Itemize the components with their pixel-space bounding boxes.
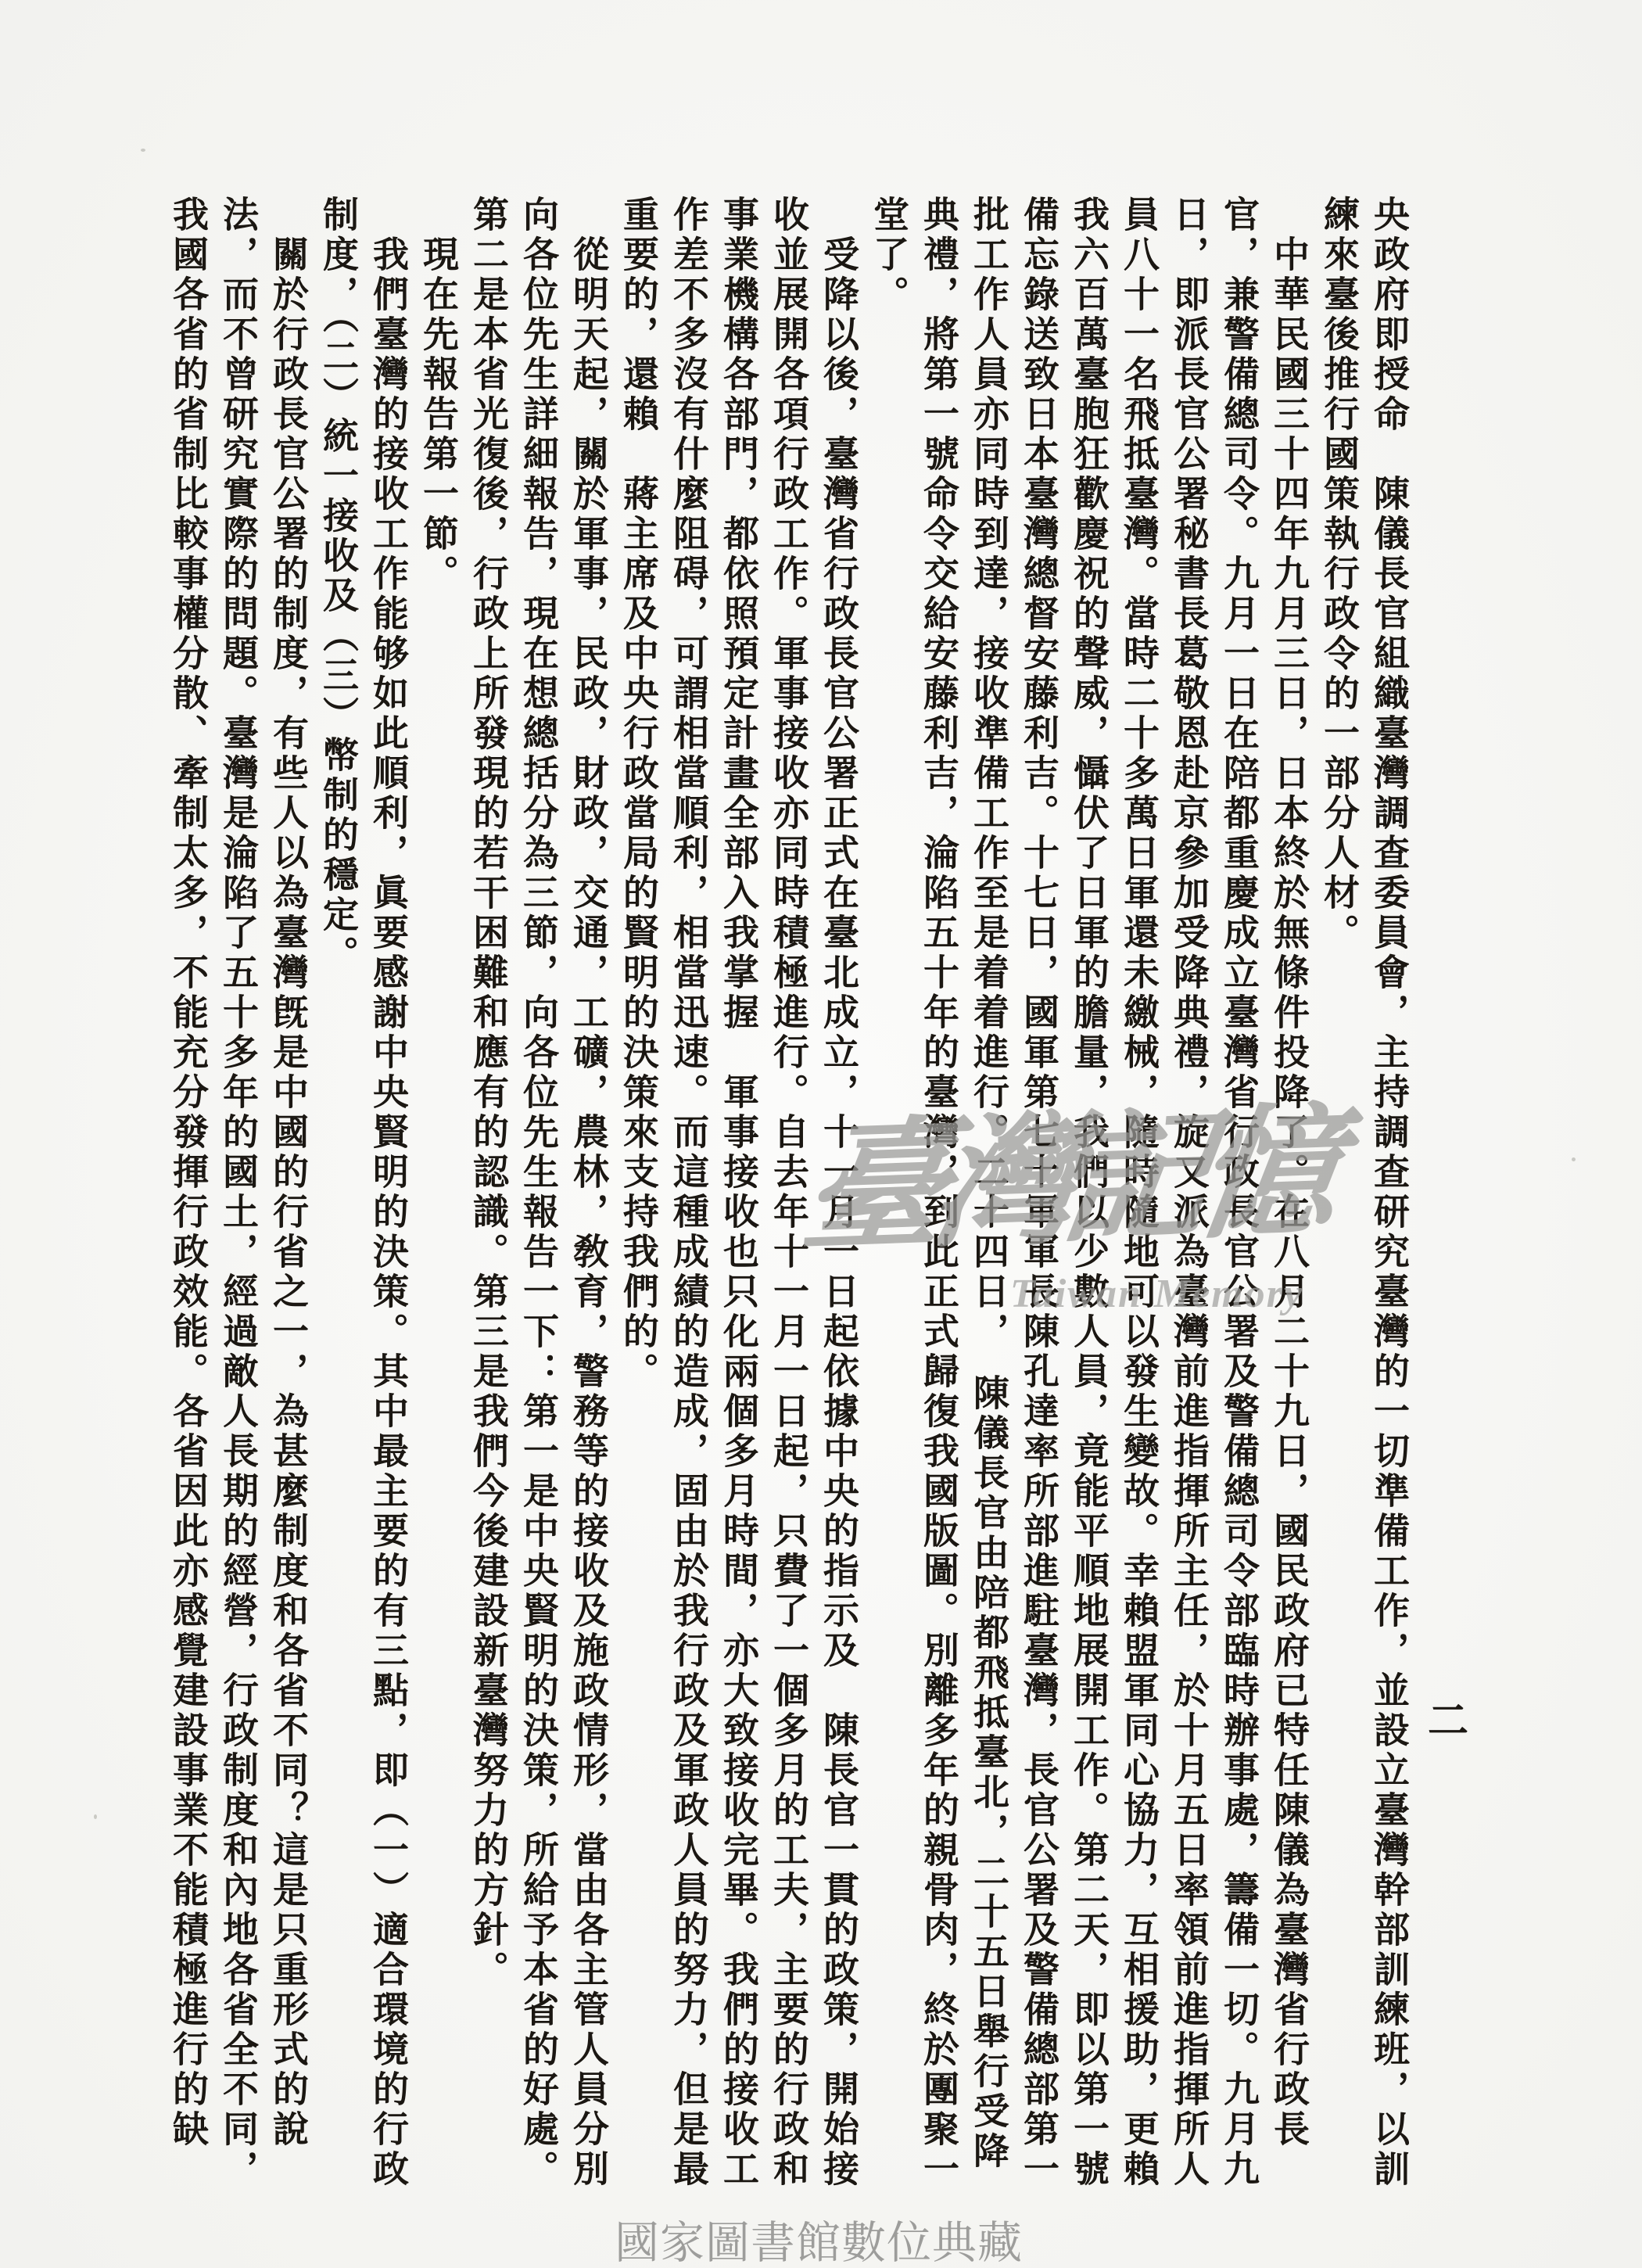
paragraph: 央政府即授命 陳儀長官組織臺灣調查委員會，主持調查研究臺灣的一切準備工作，並設立… [1314,196,1414,2199]
scanned-document-page: 央政府即授命 陳儀長官組織臺灣調查委員會，主持調查研究臺灣的一切準備工作，並設立… [0,0,1642,2268]
library-digital-archive-caption: 國家圖書館數位典藏 [615,2207,1023,2268]
paragraph: 中華民國三十四年九月三日，日本終於無條件投降了。在八月二十九日，國民政府已特任陳… [863,196,1314,2199]
scan-speck [94,1814,97,1819]
vertical-text-block: 央政府即授命 陳儀長官組織臺灣調查委員會，主持調查研究臺灣的一切準備工作，並設立… [160,196,1414,2199]
page-number: 二 [1428,1702,1468,1742]
paragraph: 從明天起，關於軍事，民政，財政，交通，工礦，農林，敎育，警務等的接收及施政情形，… [463,196,613,2199]
paragraph: 現在先報告第一節。 [413,196,463,2199]
paragraph: 我們臺灣的接收工作能够如此順利，眞要感謝中央賢明的決策。其中最主要的有三點，即（… [313,196,413,2199]
paragraph: 受降以後，臺灣省行政長官公署正式在臺北成立，十一月一日起依據中央的指示及 陳長官… [613,196,863,2199]
paragraph: 關於行政長官公署的制度，有些人以為臺灣旣是中國的行省之一，為甚麼制度和各省不同？… [160,196,313,2199]
scan-speck [1572,1157,1576,1161]
scan-speck [141,149,145,152]
